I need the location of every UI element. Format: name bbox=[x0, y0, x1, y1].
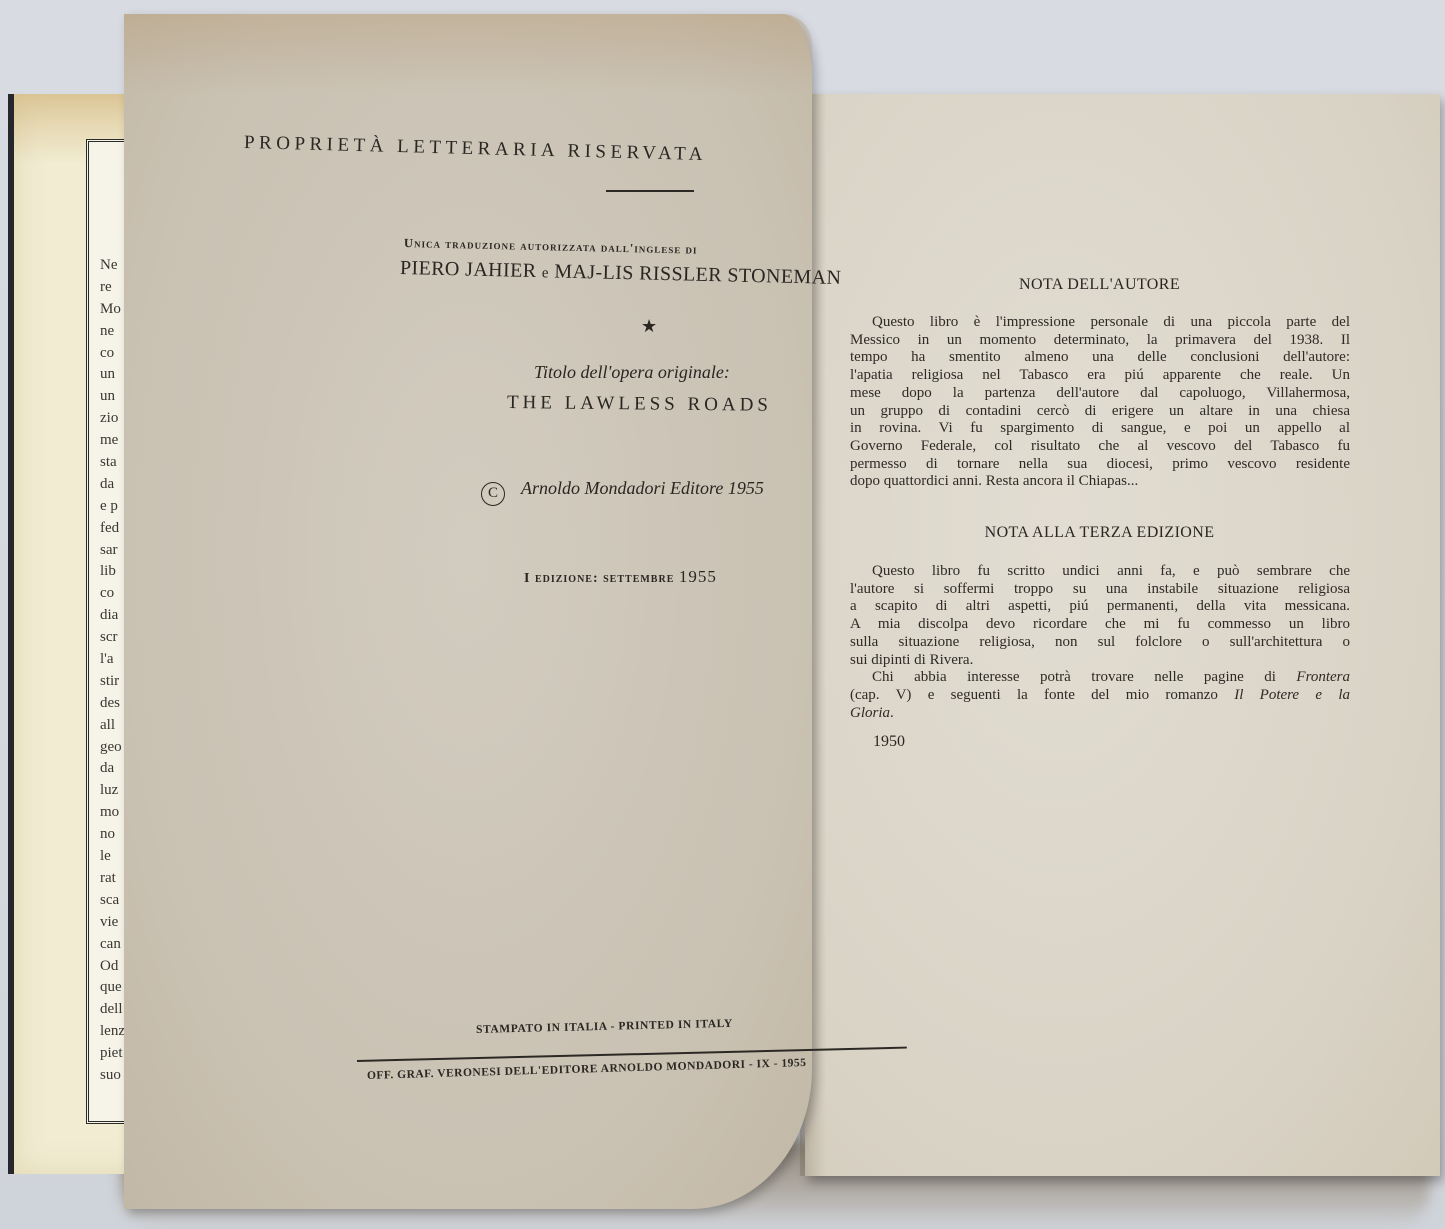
heading-nota-autore: NOTA DELL'AUTORE bbox=[842, 276, 1357, 294]
short-rule-divider bbox=[606, 190, 694, 192]
paragraph-2-line-3: Gloria. bbox=[850, 705, 1350, 723]
copyright-icon: C bbox=[481, 482, 505, 506]
nota-terza-edizione-body: Questo libro fu scritto undici anni fa, … bbox=[850, 563, 1350, 722]
original-title: THE LAWLESS ROADS bbox=[507, 392, 827, 417]
edition-line: I edizione: settembre 1955 bbox=[524, 567, 824, 587]
left-page: PROPRIETÀ LETTERARIA RISERVATA Unica tra… bbox=[124, 14, 812, 1209]
rights-notice: PROPRIETÀ LETTERARIA RISERVATA bbox=[244, 132, 904, 171]
star-ornament-icon: ★ bbox=[641, 316, 661, 337]
note-date: 1950 bbox=[873, 733, 905, 751]
paragraph-2-line-2: (cap. V) e seguenti la fonte del mio rom… bbox=[850, 687, 1350, 705]
paragraph-2-line-1: Chi abbia interesse potrà trovare nelle … bbox=[850, 669, 1350, 687]
photo-scene: Ne re Mo ne co un un zio me sta da e p f… bbox=[0, 0, 1445, 1229]
original-title-label: Titolo dell'opera originale: bbox=[534, 362, 834, 383]
heading-nota-terza-edizione: NOTA ALLA TERZA EDIZIONE bbox=[842, 524, 1357, 542]
page-top-discoloration bbox=[124, 14, 812, 94]
copyright-line: CArnoldo Mondadori Editore 1955 bbox=[481, 478, 841, 506]
nota-autore-body: Questo libro è l'impressione personale d… bbox=[850, 314, 1350, 491]
